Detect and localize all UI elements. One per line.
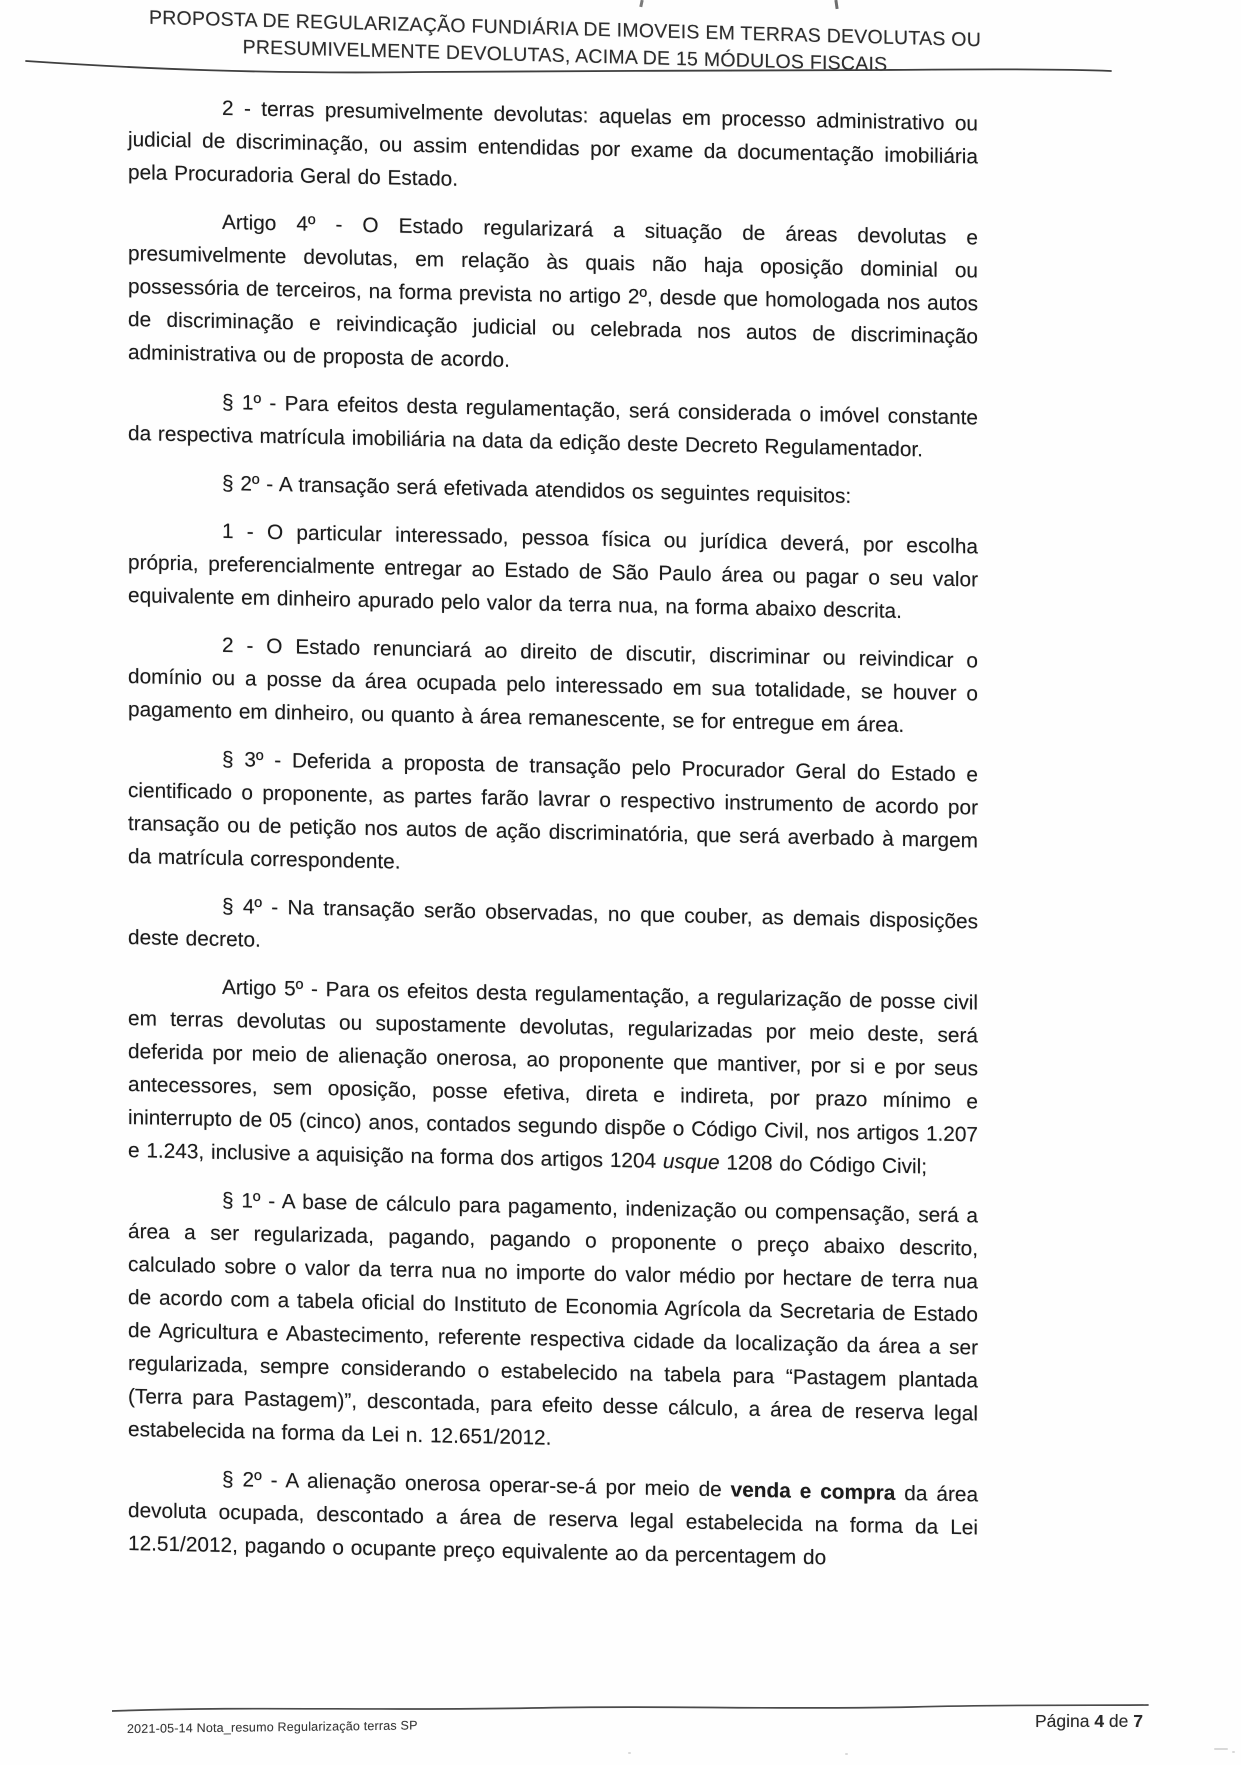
text-run: 1 - O particular interessado, pessoa fís… [128, 520, 978, 623]
text-run: § 1º - Para efeitos desta regulamentação… [128, 391, 978, 461]
text-run: venda e compra [731, 1478, 896, 1504]
text-run: § 2º - A transação será efetivada atendi… [222, 472, 851, 508]
paragraph-11: § 2º - A alienação onerosa operar-se-á p… [128, 1461, 978, 1578]
header-divider-line [24, 55, 1114, 81]
footer-file-label: 2021-05-14 Nota_resumo Regularização ter… [127, 1718, 418, 1736]
paragraph-5: 1 - O particular interessado, pessoa fís… [128, 513, 978, 630]
text-run: 2 - O Estado renunciará ao direito de di… [128, 634, 978, 737]
paragraph-3: § 1º - Para efeitos desta regulamentação… [128, 384, 978, 468]
scan-speck [1214, 1748, 1228, 1750]
text-run: Página [1035, 1711, 1094, 1731]
page-number: Página 4 de 7 [1035, 1711, 1143, 1732]
text-run: § 2º - A alienação onerosa operar-se-á p… [222, 1468, 731, 1501]
text-run: § 3º - Deferida a proposta de transação … [128, 748, 978, 874]
paragraph-6: 2 - O Estado renunciará ao direito de di… [128, 627, 978, 744]
text-run: de [1104, 1711, 1133, 1731]
text-run: 1208 do Código Civil; [720, 1151, 927, 1178]
scan-artifact-mark [639, 0, 643, 7]
paragraph-10: § 1º - A base de cálculo para pagamento,… [128, 1182, 978, 1464]
text-run: 2 - terras presumivelmente devolutas: aq… [128, 97, 978, 191]
scan-speck [845, 1753, 848, 1755]
footer-divider-line [112, 1700, 1150, 1718]
paragraph-9: Artigo 5º - Para os efeitos desta regula… [128, 969, 978, 1185]
paragraph-2: Artigo 4º - O Estado regularizará a situ… [128, 204, 978, 387]
text-run: 7 [1133, 1711, 1143, 1731]
paragraph-4: § 2º - A transação será efetivada atendi… [128, 465, 978, 516]
text-run: § 4º - Na transação serão observadas, no… [128, 895, 978, 952]
text-run: 4 [1094, 1711, 1104, 1731]
text-run: Artigo 5º - Para os efeitos desta regula… [128, 976, 978, 1173]
scanned-document-page: PROPOSTA DE REGULARIZAÇÃO FUNDIÁRIA DE I… [0, 0, 1241, 1765]
document-body: 2 - terras presumivelmente devolutas: aq… [128, 90, 978, 1593]
paragraph-8: § 4º - Na transação serão observadas, no… [128, 888, 978, 972]
scan-artifact-mark [834, 0, 838, 9]
scan-speck [1232, 1751, 1235, 1753]
text-run: § 1º - A base de cálculo para pagamento,… [128, 1189, 978, 1450]
text-run: usque [663, 1150, 720, 1174]
paragraph-1: 2 - terras presumivelmente devolutas: aq… [128, 90, 978, 207]
text-run: Artigo 4º - O Estado regularizará a situ… [128, 211, 978, 372]
scan-speck [628, 1752, 631, 1754]
paragraph-7: § 3º - Deferida a proposta de transação … [128, 741, 978, 891]
